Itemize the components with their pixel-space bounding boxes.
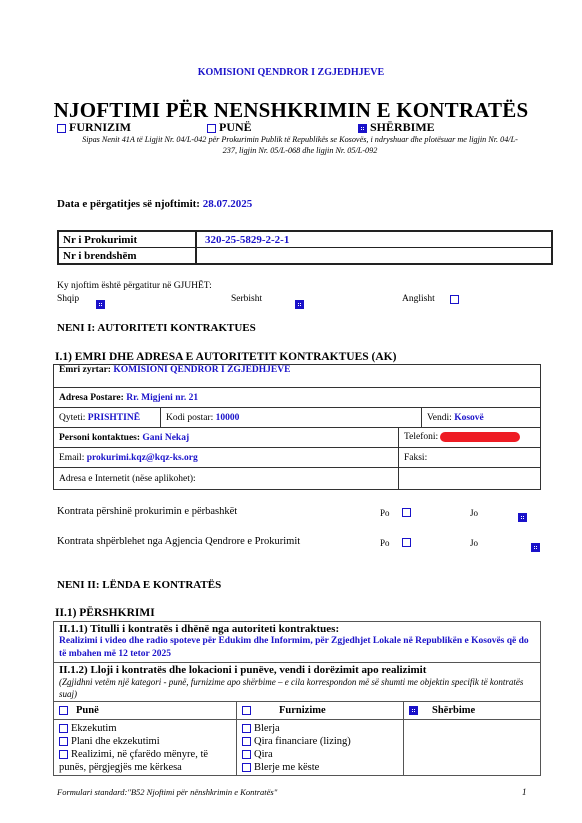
option-qira[interactable]: Qira <box>242 748 398 761</box>
checkbox-checked-icon[interactable] <box>531 543 540 552</box>
column-sherbime[interactable]: Shërbime <box>404 702 541 720</box>
table-row: Email: prokurimi.kqz@kqz-ks.org Faksi: <box>54 448 541 468</box>
checkbox-checked-icon[interactable] <box>96 300 105 309</box>
postal-code-cell: Kodi postar: 10000 <box>161 408 422 428</box>
city-cell: Qyteti: PRISHTINË <box>54 408 161 428</box>
table-row: Emri zyrtar: KOMISIONI QENDROR I ZGJEDHJ… <box>54 365 541 388</box>
official-name-cell: Emri zyrtar: KOMISIONI QENDROR I ZGJEDHJ… <box>54 365 541 388</box>
preparation-date: Data e përgatitjes së njoftimit: 28.07.2… <box>57 198 252 210</box>
joint-procurement-yes[interactable]: Po <box>380 508 390 519</box>
table-row: Adresa e Internetit (nëse aplikohet): <box>54 468 541 490</box>
checkbox-checked-icon[interactable] <box>295 300 304 309</box>
checkbox-icon[interactable] <box>242 724 251 733</box>
redacted-phone <box>440 432 520 442</box>
checkbox-icon[interactable] <box>242 750 251 759</box>
section2-subtitle: II.1) PËRSHKRIMI <box>55 607 155 619</box>
checkbox-icon[interactable] <box>57 124 66 133</box>
postal-address-value: Rr. Migjeni nr. 21 <box>126 393 198 403</box>
checkbox-icon[interactable] <box>450 295 459 304</box>
internet-address-cell: Adresa e Internetit (nëse aplikohet): <box>54 468 399 490</box>
contract-type-cell: II.1.2) Lloji i kontratës dhe lokacioni … <box>54 663 541 702</box>
option-blerje-me-keste[interactable]: Blerje me këste <box>242 761 398 774</box>
phone-cell: Telefoni: <box>398 428 540 448</box>
table-row: Nr i Prokurimit 320-25-5829-2-2-1 <box>58 231 552 248</box>
central-agency-yes[interactable]: Po <box>380 538 390 549</box>
page-number: 1 <box>522 787 527 797</box>
contact-person-value: Gani Nekaj <box>142 433 189 443</box>
checkbox-checked-icon[interactable] <box>518 513 527 522</box>
column-furnizime[interactable]: Furnizime <box>237 702 404 720</box>
checkbox-icon[interactable] <box>242 706 251 715</box>
checkbox-icon[interactable] <box>402 538 411 547</box>
preparation-date-value: 28.07.2025 <box>203 198 253 210</box>
internal-number-value[interactable] <box>196 248 552 265</box>
procurement-number-value[interactable]: 320-25-5829-2-2-1 <box>196 231 552 248</box>
joint-procurement-no[interactable]: Jo <box>470 508 478 519</box>
table-row: Nr i brendshëm <box>58 248 552 265</box>
type-furnizim[interactable]: FURNIZIM <box>57 120 131 135</box>
legal-basis: Sipas Nenit 41A të Ligjit Nr. 04/L-042 p… <box>80 134 520 156</box>
official-name-value: KOMISIONI QENDROR I ZGJEDHJEVE <box>113 365 290 375</box>
option-ekzekutim[interactable]: Ekzekutim <box>59 722 231 735</box>
organization-header: KOMISIONI QENDROR I ZGJEDHJEVE <box>0 67 582 78</box>
language-serbisht[interactable]: Serbisht <box>231 294 262 304</box>
checkbox-icon[interactable] <box>59 724 68 733</box>
checkbox-icon[interactable] <box>59 737 68 746</box>
type-pune[interactable]: PUNË <box>207 120 252 135</box>
table-row: Qyteti: PRISHTINË Kodi postar: 10000 Ven… <box>54 408 541 428</box>
table-row: Adresa Postare: Rr. Migjeni nr. 21 <box>54 388 541 408</box>
checkbox-icon[interactable] <box>207 124 216 133</box>
column-pune[interactable]: Punë <box>54 702 237 720</box>
checkbox-checked-icon[interactable] <box>409 706 418 715</box>
contract-title-cell: II.1.1) Titulli i kontratës i dhënë nga … <box>54 622 541 663</box>
checkbox-icon[interactable] <box>59 706 68 715</box>
languages-label: Ky njoftim është përgatitur në GJUHËT: <box>57 281 212 291</box>
option-blerja[interactable]: Blerja <box>242 722 398 735</box>
email-value[interactable]: prokurimi.kqz@kqz-ks.org <box>87 453 198 463</box>
pune-options: Ekzekutim Plani dhe ekzekutimi Realizimi… <box>54 720 237 776</box>
city-value: PRISHTINË <box>88 413 140 423</box>
country-value: Kosovë <box>454 413 484 423</box>
checkbox-icon[interactable] <box>242 763 251 772</box>
postal-address-cell: Adresa Postare: Rr. Migjeni nr. 21 <box>54 388 541 408</box>
table-row: Ekzekutim Plani dhe ekzekutimi Realizimi… <box>54 720 541 776</box>
option-plani-ekzekutimi[interactable]: Plani dhe ekzekutimi <box>59 735 231 748</box>
central-agency-question: Kontrata shpërblehet nga Agjencia Qendro… <box>57 536 300 547</box>
form-name-footer: Formulari standard:"B52 Njoftimi për nën… <box>57 787 277 797</box>
contract-title-value: Realizimi i video dhe radio spoteve për … <box>59 635 535 661</box>
checkbox-icon[interactable] <box>59 750 68 759</box>
central-agency-no[interactable]: Jo <box>470 538 478 549</box>
section1-title: NENI I: AUTORITETI KONTRAKTUES <box>57 322 256 334</box>
table-row: Personi kontaktues: Gani Nekaj Telefoni: <box>54 428 541 448</box>
section1-subtitle: I.1) EMRI DHE ADRESA E AUTORITETIT KONTR… <box>55 351 396 363</box>
contact-person-cell: Personi kontaktues: Gani Nekaj <box>54 428 399 448</box>
table-row: II.1.1) Titulli i kontratës i dhënë nga … <box>54 622 541 663</box>
fax-cell: Faksi: <box>398 448 540 468</box>
country-cell: Vendi: Kosovë <box>422 408 541 428</box>
table-row: II.1.2) Lloji i kontratës dhe lokacioni … <box>54 663 541 702</box>
procurement-number-table: Nr i Prokurimit 320-25-5829-2-2-1 Nr i b… <box>57 230 553 265</box>
language-shqip[interactable]: Shqip <box>57 294 79 304</box>
checkbox-icon[interactable] <box>242 737 251 746</box>
checkbox-checked-icon[interactable] <box>358 124 367 133</box>
table-row: Punë Furnizime Shërbime <box>54 702 541 720</box>
internet-address-value <box>398 468 540 490</box>
postal-code-value: 10000 <box>216 413 240 423</box>
internal-number-label: Nr i brendshëm <box>58 248 196 265</box>
checkbox-icon[interactable] <box>402 508 411 517</box>
furnizime-options: Blerja Qira financiare (lizing) Qira Ble… <box>237 720 404 776</box>
type-sherbime[interactable]: SHËRBIME <box>358 120 435 135</box>
sherbime-options <box>404 720 541 776</box>
language-anglisht[interactable]: Anglisht <box>402 294 435 304</box>
section2-title: NENI II: LËNDA E KONTRATËS <box>57 579 221 591</box>
joint-procurement-question: Kontrata përshinë prokurimin e përbashkë… <box>57 506 237 517</box>
option-qira-financiare[interactable]: Qira financiare (lizing) <box>242 735 398 748</box>
procurement-number-label: Nr i Prokurimit <box>58 231 196 248</box>
option-realizimi[interactable]: Realizimi, në çfarëdo mënyre, të punës, … <box>59 748 231 774</box>
email-cell: Email: prokurimi.kqz@kqz-ks.org <box>54 448 399 468</box>
contracting-authority-table: Emri zyrtar: KOMISIONI QENDROR I ZGJEDHJ… <box>53 364 541 490</box>
contract-description-table: II.1.1) Titulli i kontratës i dhënë nga … <box>53 621 541 776</box>
